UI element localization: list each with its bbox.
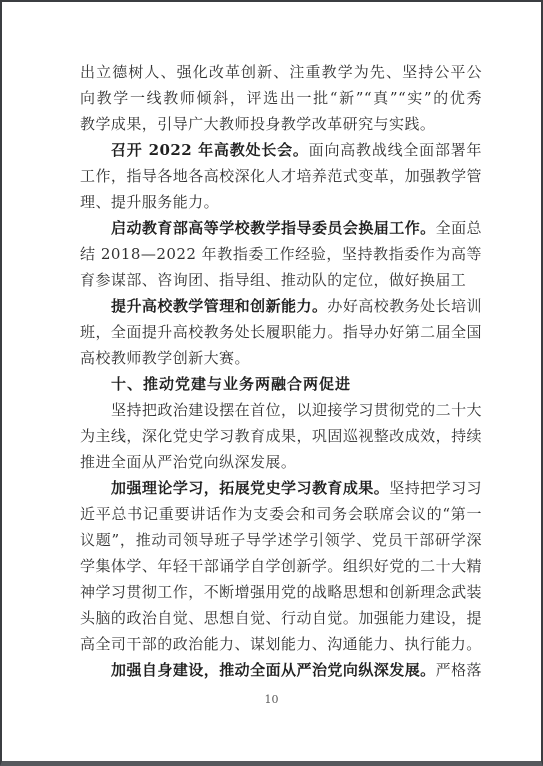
bold-text-segment: 召开 2022 年高教处长会。 xyxy=(111,141,309,159)
text-line: 启动教育部高等学校教学指导委员会换届工作。全面总 xyxy=(80,215,482,241)
text-segment: 班，全面提升高校教务处长履职能力。指导办好第二届全国 xyxy=(80,323,482,341)
bold-text-segment: 提升高校教学管理和创新能力。 xyxy=(111,297,327,315)
text-line: 结 2018—2022 年教指委工作经验，坚持教指委作为高等教 xyxy=(80,241,482,267)
document-body: 出立德树人、强化改革创新、注重教学为先、坚持公平公正，向教学一线教师倾斜，评选出… xyxy=(80,59,482,683)
text-segment: 教学成果，引导广大教师投身教学改革研究与实践。 xyxy=(80,115,435,133)
text-line: 工作，指导各地各高校深化人才培养范式变革，加强教学管 xyxy=(80,163,482,189)
text-segment: 学集体学、年轻干部诵学自学创新学。组织好党的二十大精 xyxy=(80,557,482,575)
bold-text-segment: 启动教育部高等学校教学指导委员会换届工作。 xyxy=(111,219,436,237)
text-segment: 议题”，推动司领导班子导学述学引领学、党员干部研学深 xyxy=(80,531,482,549)
text-segment: 坚持把政治建设摆在首位，以迎接学习贯彻党的二十大 xyxy=(111,401,482,419)
page-footer: 10 xyxy=(2,693,541,706)
text-segment: 坚持把学习习 xyxy=(389,479,482,497)
text-segment: 出立德树人、强化改革创新、注重教学为先、坚持公平公正， xyxy=(80,63,482,85)
text-line: 坚持把政治建设摆在首位，以迎接学习贯彻党的二十大 xyxy=(80,397,482,423)
text-line: 加强理论学习，拓展党史学习教育成果。坚持把学习习 xyxy=(80,475,482,501)
text-segment: 高全司干部的政治能力、谋划能力、沟通能力、执行能力。 xyxy=(80,635,482,653)
text-segment: 育参谋部、咨询团、指导组、推动队的定位，做好换届工作。 xyxy=(80,271,466,293)
text-line: 为主线，深化党史学习教育成果，巩固巡视整改成效，持续 xyxy=(80,423,482,449)
text-segment: 神学习贯彻工作，不断增强用党的战略思想和创新理念武装 xyxy=(80,583,482,601)
text-line: 出立德树人、强化改革创新、注重教学为先、坚持公平公正， xyxy=(80,59,482,85)
text-line: 议题”，推动司领导班子导学述学引领学、党员干部研学深 xyxy=(80,527,482,553)
bold-text-segment: 十、推动党建与业务两融合两促进 xyxy=(111,375,351,393)
text-segment: 理、提升服务能力。 xyxy=(80,193,219,211)
text-segment: 全面总 xyxy=(436,219,482,237)
text-line: 神学习贯彻工作，不断增强用党的战略思想和创新理念武装 xyxy=(80,579,482,605)
text-line: 召开 2022 年高教处长会。面向高教战线全面部署年度 xyxy=(80,137,482,163)
text-line: 向教学一线教师倾斜，评选出一批“新”“真”“实”的优秀 xyxy=(80,85,482,111)
text-line: 班，全面提升高校教务处长履职能力。指导办好第二届全国 xyxy=(80,319,482,345)
text-segment: 高校教师教学创新大赛。 xyxy=(80,349,250,367)
bold-text-segment: 加强自身建设，推动全面从严治党向纵深发展。 xyxy=(111,661,436,679)
text-segment: 工作，指导各地各高校深化人才培养范式变革，加强教学管 xyxy=(80,167,482,185)
text-segment: 办好高校教务处长培训 xyxy=(327,297,482,315)
text-segment: 向教学一线教师倾斜，评选出一批“新”“真”“实”的优秀 xyxy=(80,89,482,107)
page-number: 10 xyxy=(265,693,279,706)
text-segment: 为主线，深化党史学习教育成果，巩固巡视整改成效，持续 xyxy=(80,427,482,445)
text-segment: 结 2018—2022 年教指委工作经验，坚持教指委作为高等教 xyxy=(80,245,482,267)
text-segment: 严格落 xyxy=(436,661,482,679)
text-line: 头脑的政治自觉、思想自觉、行动自觉。加强能力建设，提 xyxy=(80,605,482,631)
text-line: 学集体学、年轻干部诵学自学创新学。组织好党的二十大精 xyxy=(80,553,482,579)
text-line: 教学成果，引导广大教师投身教学改革研究与实践。 xyxy=(80,111,482,137)
text-line: 育参谋部、咨询团、指导组、推动队的定位，做好换届工作。 xyxy=(80,267,482,293)
text-segment: 近平总书记重要讲话作为支委会和司务会联席会议的“第一 xyxy=(80,505,482,523)
section-heading: 十、推动党建与业务两融合两促进 xyxy=(80,371,482,397)
text-segment: 推进全面从严治党向纵深发展。 xyxy=(80,453,296,471)
text-line: 推进全面从严治党向纵深发展。 xyxy=(80,449,482,475)
text-line: 提升高校教学管理和创新能力。办好高校教务处长培训 xyxy=(80,293,482,319)
document-page: 出立德树人、强化改革创新、注重教学为先、坚持公平公正，向教学一线教师倾斜，评选出… xyxy=(0,0,543,766)
text-line: 高校教师教学创新大赛。 xyxy=(80,345,482,371)
text-line: 理、提升服务能力。 xyxy=(80,189,482,215)
text-line: 加强自身建设，推动全面从严治党向纵深发展。严格落 xyxy=(80,657,482,683)
text-line: 近平总书记重要讲话作为支委会和司务会联席会议的“第一 xyxy=(80,501,482,527)
text-segment: 头脑的政治自觉、思想自觉、行动自觉。加强能力建设，提 xyxy=(80,609,482,627)
text-line: 高全司干部的政治能力、谋划能力、沟通能力、执行能力。 xyxy=(80,631,482,657)
bold-text-segment: 加强理论学习，拓展党史学习教育成果。 xyxy=(111,479,389,497)
